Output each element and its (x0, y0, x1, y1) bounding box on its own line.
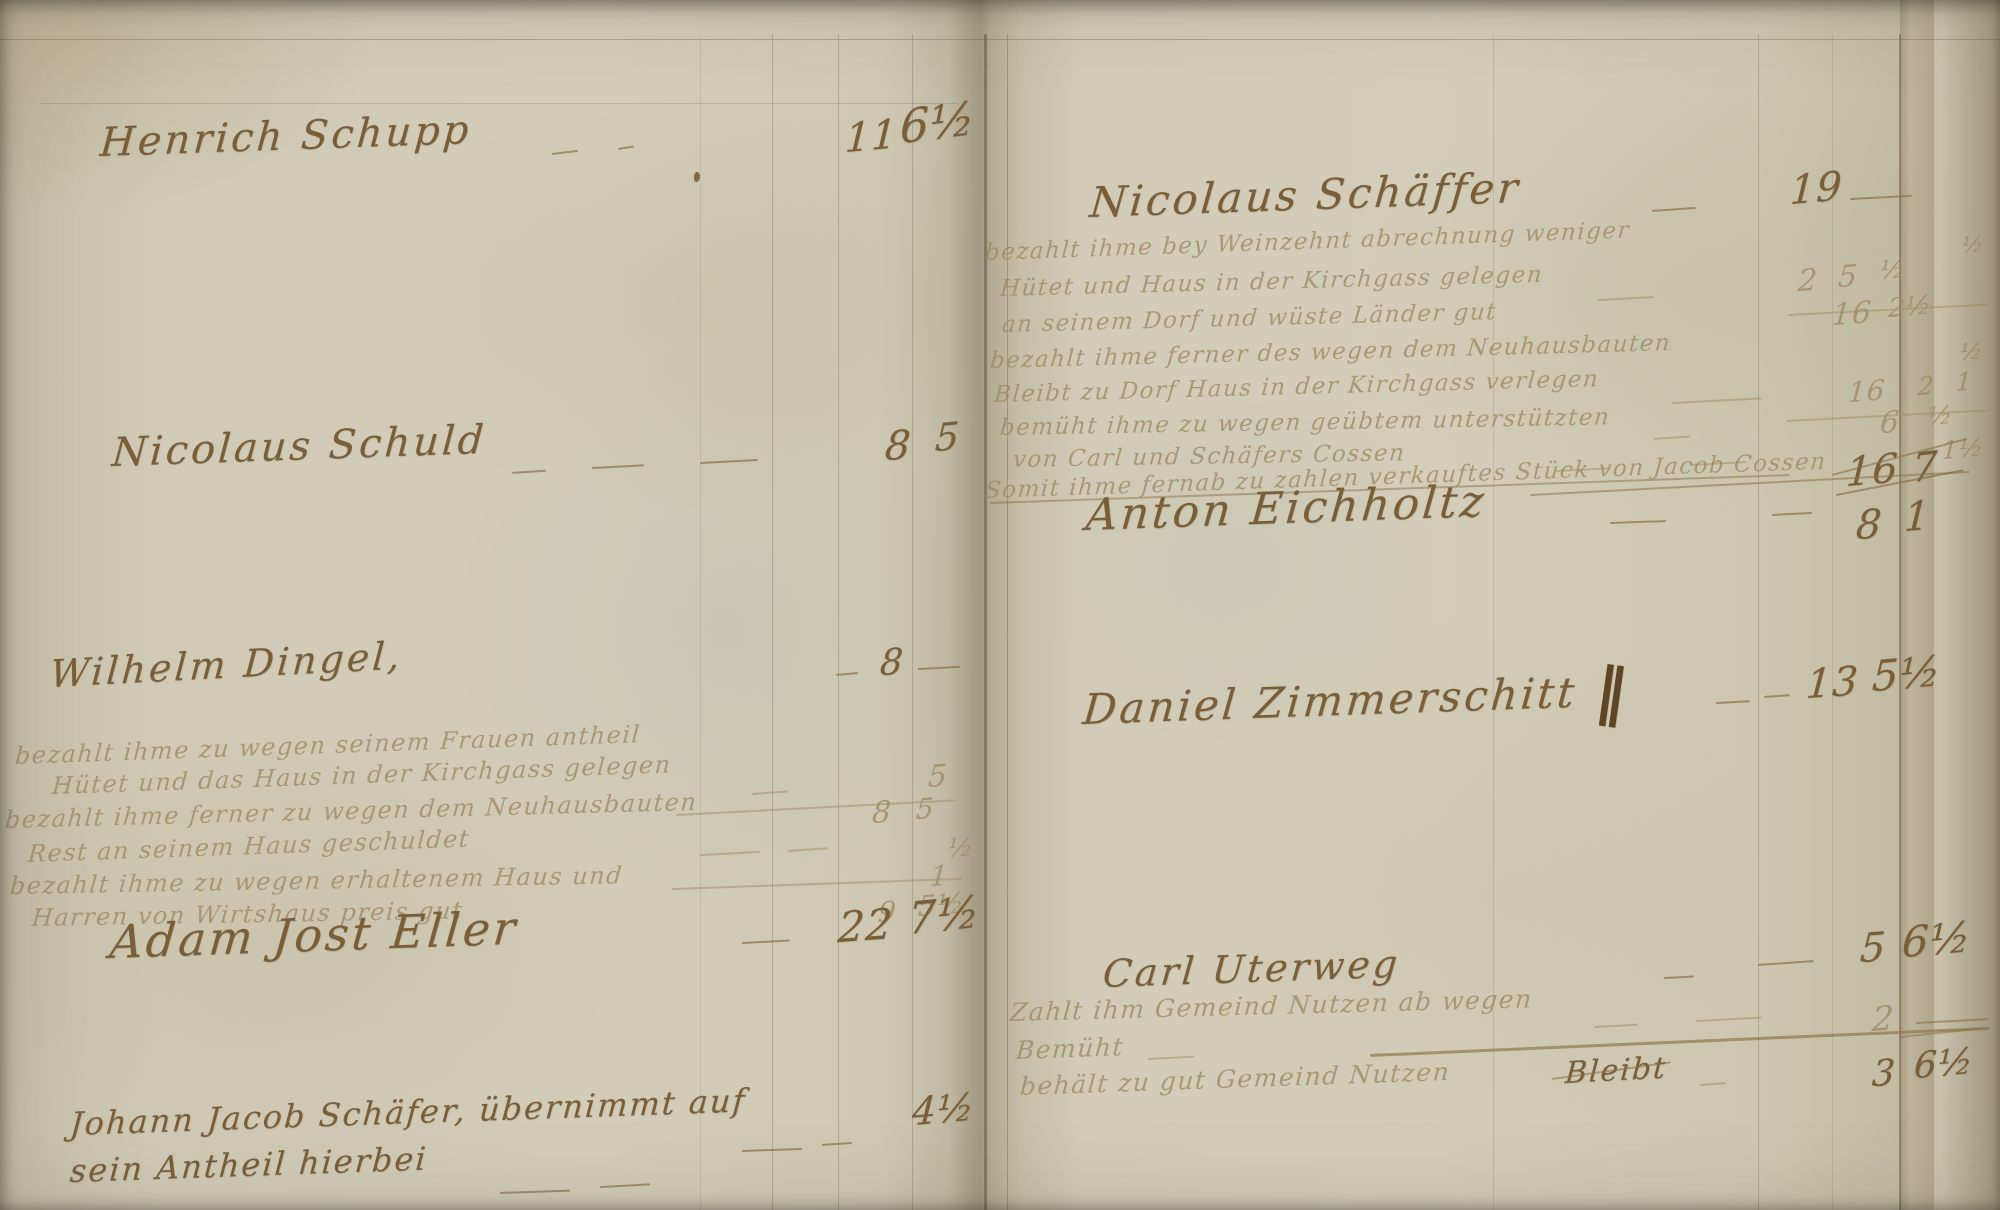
amount: 2½ (1887, 290, 1932, 324)
amount: 5½ (1871, 646, 1943, 701)
ink-dash (1598, 296, 1654, 301)
column-rule (700, 34, 701, 1210)
ink-dash (500, 1190, 570, 1194)
column-rule (838, 34, 839, 1210)
gutter-line (984, 34, 987, 1210)
amount: 6½ (900, 90, 976, 154)
page-edge-band (1900, 0, 1934, 1210)
detail-line: Hütet und Haus in der Kirchgass gelegen (999, 262, 1544, 302)
ink-dash (700, 459, 758, 464)
amount: 8 (1854, 501, 1884, 549)
amount: ½ (1961, 232, 1985, 259)
amount: 5 (934, 414, 961, 461)
detail-line: Bemüht (1015, 1032, 1125, 1065)
detail-line: bezahlt ihme bey Weinzehnt abrechnung we… (984, 217, 1631, 266)
ink-dash (552, 150, 578, 155)
ink-dash (836, 672, 858, 676)
ink-dash (592, 464, 644, 469)
ink-dash (1654, 435, 1690, 440)
ink-dash (752, 790, 788, 795)
ledger-entry-name: Henrich Schupp (98, 107, 473, 166)
amount: ½ (1927, 400, 1954, 431)
ink-dash (1700, 1082, 1726, 1086)
ledger-entry-name: Daniel Zimmerschitt (1081, 668, 1579, 734)
column-rule (912, 34, 913, 1210)
amount: 5 (915, 791, 936, 826)
header-rule-left (40, 103, 958, 104)
ink-dash (600, 1183, 650, 1188)
ledger-entry-name: Nicolaus Schäffer (1088, 163, 1523, 227)
amount: 6½ (1901, 912, 1973, 967)
amount: 19 (1789, 163, 1844, 214)
amount: 5 (1837, 258, 1860, 295)
ink-dash (742, 939, 790, 944)
detail-line: an seinem Dorf und wüste Länder gut (1001, 299, 1498, 338)
amount: 6½ (1913, 1041, 1975, 1088)
amount: 7½ (907, 886, 981, 945)
detail-line: bemüht ihme zu wegen geübtem unterstützt… (999, 404, 1612, 441)
amount: 2 (1917, 370, 1935, 401)
ledger-entry-name: Johann Jacob Schäfer, übernimmt auf (69, 1081, 748, 1143)
ink-dash (1696, 1017, 1762, 1022)
amount: 11 (844, 111, 899, 162)
amount: 8 (871, 794, 894, 831)
amount: 1½ (1941, 432, 1985, 465)
underline-stroke (676, 799, 956, 816)
ink-dash (788, 847, 828, 852)
ink-dash (1610, 520, 1666, 524)
amount: ½ (1879, 254, 1907, 287)
ink-dash (822, 1142, 852, 1146)
ink-dash (512, 470, 546, 474)
detail-line: bezahlt ihme zu wegen erhaltenem Haus un… (9, 861, 625, 900)
column-rule (1758, 34, 1759, 1210)
ink-dash (1716, 700, 1750, 704)
amount: 5 (1858, 924, 1888, 972)
tally-mark: ‖ (1591, 652, 1634, 729)
detail-line: behält zu gut Gemeind Nutzen (1019, 1057, 1451, 1101)
ink-dash (1672, 397, 1762, 404)
ink-dash (618, 146, 634, 150)
column-rule (772, 34, 773, 1210)
amount: 6 (1879, 404, 1902, 441)
amount: 16 (1831, 295, 1874, 333)
ink-dash (1764, 694, 1790, 698)
amount: 3 (1871, 1052, 1898, 1095)
ledger-entry-name-line2: sein Antheil hierbei (69, 1139, 429, 1190)
ink-dash (1594, 1024, 1638, 1028)
amount: 1 (1903, 493, 1932, 542)
amount: 16 (1847, 373, 1887, 409)
ledger-scan: Henrich Schupp 11 6½ Nicolaus Schuld 8 5… (0, 0, 2000, 1210)
amount: 4½ (911, 1084, 976, 1134)
amount: 8 (883, 422, 913, 470)
ledger-entry-name: Nicolaus Schuld (110, 417, 488, 476)
amount: 5 (927, 758, 949, 795)
amount: 22 (836, 899, 895, 952)
amount: ½ (1959, 338, 1984, 366)
detail-line: Zahlt ihm Gemeind Nutzen ab wegen (1009, 984, 1534, 1027)
amount: 13 (1804, 658, 1860, 708)
ink-dash (700, 851, 760, 856)
detail-line: Bleibt zu Dorf Haus in der Kirchgass ver… (993, 366, 1600, 408)
ink-dash (1758, 960, 1814, 966)
ink-dash (1664, 975, 1694, 979)
amount: ½ (947, 832, 975, 864)
amount: 2 (1797, 262, 1820, 299)
ledger-entry-name: Wilhelm Dingel, (48, 633, 404, 696)
ink-dash (1772, 512, 1812, 516)
overline-stroke (672, 878, 962, 890)
gutter-line (1007, 34, 1008, 1210)
amount: 1 (1955, 366, 1973, 397)
ink-dash (1652, 207, 1696, 212)
ink-dash (1148, 1056, 1194, 1060)
amount: 8 (879, 641, 906, 684)
